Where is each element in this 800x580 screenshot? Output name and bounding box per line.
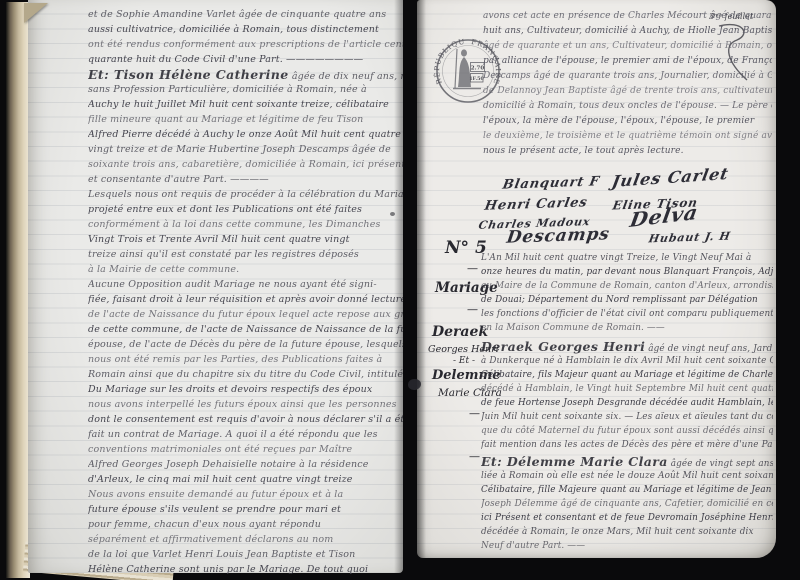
text-line: Joseph Délemme âgé de cinquante ans, Caf… [481, 497, 773, 511]
text-line: ici Présent et consentant et de feue Dev… [481, 511, 773, 525]
text-line: Alfred Georges Joseph Dehaisielle notair… [88, 457, 403, 472]
text-line: Vingt Trois et Trente Avril Mil huit cen… [88, 232, 403, 247]
text-line: Célibataire, fils Majeur quant au Mariag… [481, 368, 773, 382]
groom-surname: Deraek [432, 324, 488, 340]
text-line: conventions matrimoniales ont été reçues… [88, 442, 403, 457]
margin-dash: — [467, 303, 478, 316]
page-stack-edges [6, 2, 30, 578]
text-line: quarante huit du Code Civil d'une Part. … [88, 52, 403, 67]
party-name: Deraek Georges Henri [481, 340, 645, 354]
text-line: Célibataire, fille Majeure quant au Mari… [481, 483, 773, 497]
text-line: Nous avons ensuite demandé au futur épou… [88, 487, 403, 502]
paragraph-lines: sans Profession Particulière, domiciliée… [88, 82, 403, 187]
text-line: âgé de quarante et un ans, Cultivateur, … [483, 39, 772, 54]
groom-paragraph: Deraek Georges Henri âgé de vingt neuf a… [481, 340, 773, 454]
text-line: Du Mariage sur les droits et devoirs res… [88, 382, 403, 397]
text-line: en la Maison Commune de Romain. —— [481, 321, 773, 335]
text-line: projeté entre eux et dont les Publicatio… [88, 202, 403, 217]
margin-dash: — [467, 262, 478, 275]
act-continuation-text: avons cet acte en présence de Charles Mé… [483, 9, 772, 159]
bride-paragraph: Et: Délemme Marie Clara âgée de vingt se… [481, 455, 773, 555]
ink-speck [390, 212, 395, 216]
signature: Henri Carles [483, 195, 588, 214]
text-line: d'Arleux, le cinq mai mil huit cent quat… [88, 472, 403, 487]
party-name: Et: Délemme Marie Clara [481, 455, 668, 469]
text-line: à la Mairie de cette commune. [88, 262, 403, 277]
text-line: Alfred Pierre décédé à Auchy le onze Aoû… [88, 127, 403, 142]
text-line: par alliance de l'épouse, le premier ami… [483, 54, 772, 69]
paragraph: Lesquels nous ont requis de procéder à l… [88, 187, 403, 277]
text-line: nous le présent acte, le tout après lect… [483, 144, 772, 159]
text-line: liée à Romain où elle est née le douze A… [481, 469, 773, 483]
margin-dash: — [469, 450, 480, 463]
text-line: onze heures du matin, par devant nous Bl… [481, 265, 773, 279]
text-line: dont le consentement est requis d'avoir … [88, 412, 403, 427]
text-line: nous avons interpellé les futurs époux a… [88, 397, 403, 412]
text-line: décédé à Hamblain, le Vingt huit Septemb… [481, 382, 773, 396]
text-line: ont été rendus conformément aux prescrip… [88, 37, 403, 52]
text-line: fille mineure quant au Mariage et légiti… [88, 112, 403, 127]
margin-dash: — [469, 407, 480, 420]
text-line: de feue Hortense Joseph Desgrande décédé… [481, 396, 773, 410]
text-fragment: âgée de dix neuf ans, neuf mois [292, 71, 403, 82]
text-line: conformément à la loi dans cette commune… [88, 217, 403, 232]
text-line: aussi cultivatrice, domiciliée à Romain,… [88, 22, 403, 37]
text-line: vingt treize et de Marie Hubertine Josep… [88, 142, 403, 157]
text-line: de Douai; Département du Nord remplissan… [481, 293, 773, 307]
signature: Descamps [505, 224, 611, 248]
text-line: Et: Tison Hélène Catherine âgée de dix n… [88, 67, 403, 82]
text-line: Juin Mil huit cent soixante six. — Les a… [481, 410, 773, 424]
text-line: Deraek Georges Henri âgé de vingt neuf a… [481, 340, 773, 354]
text-line: Descamps âgé de quarante trois ans, Jour… [483, 69, 772, 84]
text-line: et consentante d'autre Part. ———— [88, 172, 403, 187]
text-line: pour femme, chacun d'eux nous ayant répo… [88, 517, 403, 532]
paragraph: Et: Tison Hélène Catherine âgée de dix n… [88, 67, 403, 187]
text-line: fait mention dans les actes de Décès des… [481, 438, 773, 452]
folded-corner [24, 3, 48, 23]
right-page: 3ᵐᵉ feuillet RÉPUBLIQUE FRANÇAISE [417, 0, 776, 558]
margin-et-label: - Et - [453, 356, 475, 366]
left-page: et de Sophie Amandine Varlet âgée de cin… [28, 0, 403, 573]
paragraph: Aucune Opposition audit Mariage ne nous … [88, 277, 403, 577]
text-line: Et: Délemme Marie Clara âgée de vingt se… [481, 455, 773, 469]
text-line: Lesquels nous ont requis de procéder à l… [88, 187, 403, 202]
paragraph-lines: à Dunkerque né à Hamblain le dix Avril M… [481, 354, 773, 452]
text-line: Hélène Catherine sont unis par le Mariag… [88, 562, 403, 577]
text-fragment: âgée de vingt sept ans, Servante, domici… [671, 459, 773, 469]
text-line: future épouse s'ils veulent se prendre p… [88, 502, 403, 517]
text-line: de la loi que Varlet Henri Louis Jean Ba… [88, 547, 403, 562]
text-line: les fonctions d'officier de l'état civil… [481, 307, 773, 321]
text-line: sans Profession Particulière, domiciliée… [88, 82, 403, 97]
left-page-text: et de Sophie Amandine Varlet âgée de cin… [88, 7, 403, 577]
text-line: séparément et affirmativement déclarons … [88, 532, 403, 547]
paragraph: et de Sophie Amandine Varlet âgée de cin… [88, 7, 403, 67]
party-name: Et: Tison Hélène Catherine [88, 67, 289, 82]
text-line: fait un contrat de Mariage. A quoi il a … [88, 427, 403, 442]
signature: Jules Carlet [610, 164, 730, 191]
text-line: que du côté Maternel du futur époux sont… [481, 424, 773, 438]
text-line: Neuf d'autre Part. —— [481, 539, 773, 553]
text-line: de cette commune, de l'acte de Naissance… [88, 322, 403, 337]
act-opening-paragraph: L'An Mil huit cent quatre vingt Treize, … [481, 251, 773, 339]
text-line: de Delannoy Jean Baptiste âgé de trente … [483, 84, 772, 99]
text-line: épouse, de l'acte de Décès du père de la… [88, 337, 403, 352]
text-line: huit ans, Cultivateur, domicilié à Auchy… [483, 24, 772, 39]
signature: Blanquart F [501, 174, 601, 192]
text-line: Romain ainsi que du chapitre six du titr… [88, 367, 403, 382]
register-scan: et de Sophie Amandine Varlet âgée de cin… [0, 0, 800, 580]
signature: Hubaut J. H [648, 230, 732, 246]
text-line: Auchy le huit Juillet Mil huit cent soix… [88, 97, 403, 112]
text-line: L'An Mil huit cent quatre vingt Treize, … [481, 251, 773, 265]
paragraph-lines: liée à Romain où elle est née le douze A… [481, 469, 773, 553]
text-line: au Maire de la Commune de Romain, canton… [481, 279, 773, 293]
text-line: soixante trois ans, cabaretière, domicil… [88, 157, 403, 172]
text-line: nous ont été remis par les Parties, des … [88, 352, 403, 367]
text-line: l'époux, la mère de l'épouse, l'époux, l… [483, 114, 772, 129]
text-line: à Dunkerque né à Hamblain le dix Avril M… [481, 354, 773, 368]
text-line: décédée à Romain, le onze Mars, Mil huit… [481, 525, 773, 539]
text-line: avons cet acte en présence de Charles Mé… [483, 9, 772, 24]
text-line: Aucune Opposition audit Mariage ne nous … [88, 277, 403, 292]
text-line: de l'acte de Naissance du futur époux le… [88, 307, 403, 322]
text-line: treize ainsi qu'il est constaté par les … [88, 247, 403, 262]
text-line: fiée, faisant droit à leur réquisition e… [88, 292, 403, 307]
text-fragment: âgé de vingt neuf ans, Jardinier, domici… [648, 344, 773, 354]
text-line: domicilié à Romain, tous deux oncles de … [483, 99, 772, 114]
text-line: et de Sophie Amandine Varlet âgée de cin… [88, 7, 403, 22]
text-line: le deuxième, le troisième et le quatrièm… [483, 129, 772, 144]
